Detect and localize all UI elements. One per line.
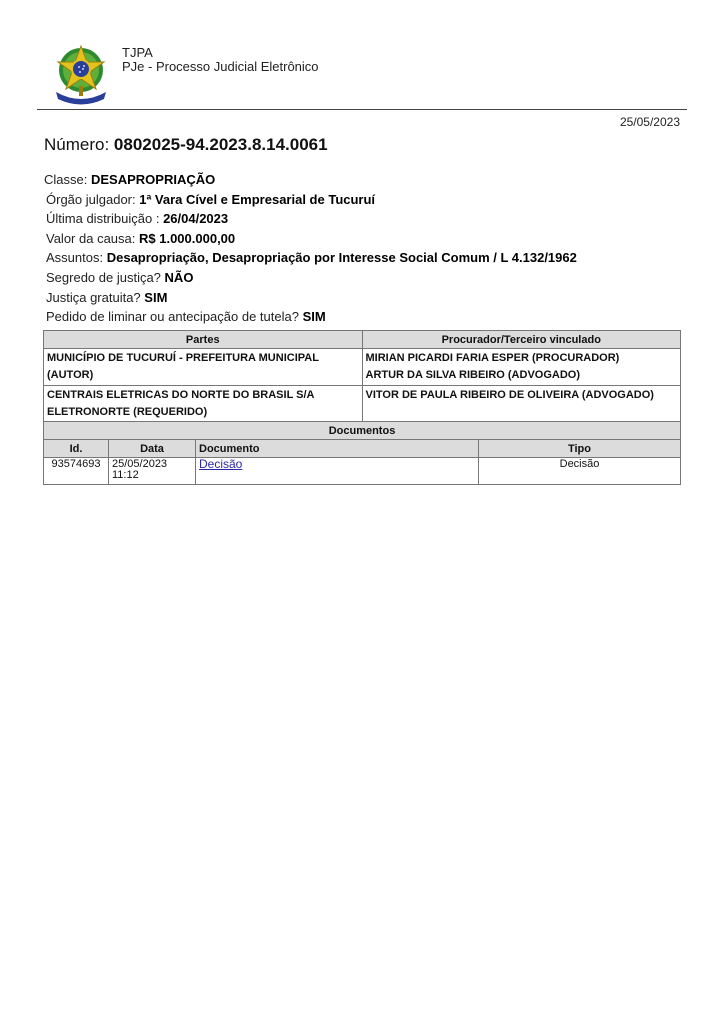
partes-header: Partes [44, 331, 363, 349]
doc-tipo: Decisão [479, 458, 681, 485]
tipo-header: Tipo [479, 440, 681, 458]
field-value: Desapropriação, Desapropriação por Inter… [107, 250, 577, 265]
field-value: SIM [144, 290, 167, 305]
documentos-caption: Documentos [44, 422, 681, 440]
field-value: 1ª Vara Cível e Empresarial de Tucuruí [139, 192, 375, 207]
field-ultima-distribuicao: Última distribuição : 26/04/2023 [44, 209, 577, 229]
procurador-name: VITOR DE PAULA RIBEIRO DE OLIVEIRA (ADVO… [366, 387, 678, 404]
field-value: NÃO [165, 270, 194, 285]
process-number: Número: 0802025-94.2023.8.14.0061 [44, 135, 328, 155]
parte-role: (AUTOR) [47, 367, 359, 384]
procurador-header: Procurador/Terceiro vinculado [362, 331, 681, 349]
field-valor-causa: Valor da causa: R$ 1.000.000,00 [44, 229, 577, 249]
field-label: Órgão julgador: [46, 192, 136, 207]
field-label: Valor da causa: [46, 231, 135, 246]
brazil-coat-of-arms-icon [50, 42, 112, 106]
field-orgao-julgador: Órgão julgador: 1ª Vara Cível e Empresar… [44, 190, 577, 210]
doc-id: 93574693 [44, 458, 109, 485]
partes-header-row: Partes Procurador/Terceiro vinculado [44, 331, 681, 349]
table-row: CENTRAIS ELETRICAS DO NORTE DO BRASIL S/… [44, 386, 681, 423]
parte-name: MUNICÍPIO DE TUCURUÍ - PREFEITURA MUNICI… [47, 350, 359, 367]
process-number-value: 0802025-94.2023.8.14.0061 [114, 135, 328, 154]
field-label: Segredo de justiça? [46, 270, 161, 285]
field-classe: Classe: DESAPROPRIAÇÃO [44, 170, 577, 190]
documentos-header-row: Id. Data Documento Tipo [44, 440, 681, 458]
field-justica-gratuita: Justiça gratuita? SIM [44, 288, 577, 308]
field-label: Classe: [44, 172, 87, 187]
header-divider [37, 109, 687, 110]
document-date: 25/05/2023 [620, 115, 680, 129]
partes-table: Partes Procurador/Terceiro vinculado MUN… [43, 330, 681, 423]
procurador-name: MIRIAN PICARDI FARIA ESPER (PROCURADOR) [366, 350, 678, 367]
documentos-table: Documentos Id. Data Documento Tipo 93574… [43, 421, 681, 485]
procurador-cell: VITOR DE PAULA RIBEIRO DE OLIVEIRA (ADVO… [362, 386, 681, 423]
field-label: Pedido de liminar ou antecipação de tute… [46, 309, 299, 324]
process-number-label: Número: [44, 135, 109, 154]
field-label: Justiça gratuita? [46, 290, 141, 305]
system-name: PJe - Processo Judicial Eletrônico [122, 60, 319, 74]
parte-cell: MUNICÍPIO DE TUCURUÍ - PREFEITURA MUNICI… [44, 349, 363, 386]
org-name: TJPA [122, 46, 319, 60]
table-row: 93574693 25/05/2023 11:12 Decisão Decisã… [44, 458, 681, 485]
field-value: DESAPROPRIAÇÃO [91, 172, 215, 187]
header-text: TJPA PJe - Processo Judicial Eletrônico [122, 46, 319, 74]
field-assuntos: Assuntos: Desapropriação, Desapropriação… [44, 248, 577, 268]
parte-name: CENTRAIS ELETRICAS DO NORTE DO BRASIL S/… [47, 387, 359, 404]
doc-date-time: 11:12 [112, 470, 192, 481]
field-label: Última distribuição : [46, 211, 159, 226]
parte-role: ELETRONORTE (REQUERIDO) [47, 404, 359, 421]
data-header: Data [109, 440, 196, 458]
doc-name-cell: Decisão [196, 458, 479, 485]
field-segredo-justica: Segredo de justiça? NÃO [44, 268, 577, 288]
field-value: SIM [303, 309, 326, 324]
process-fields: Classe: DESAPROPRIAÇÃO Órgão julgador: 1… [44, 170, 577, 327]
procurador-cell: MIRIAN PICARDI FARIA ESPER (PROCURADOR) … [362, 349, 681, 386]
procurador-name: ARTUR DA SILVA RIBEIRO (ADVOGADO) [366, 367, 678, 384]
field-label: Assuntos: [46, 250, 103, 265]
doc-date: 25/05/2023 11:12 [109, 458, 196, 485]
table-row: MUNICÍPIO DE TUCURUÍ - PREFEITURA MUNICI… [44, 349, 681, 386]
field-pedido-liminar: Pedido de liminar ou antecipação de tute… [44, 307, 577, 327]
field-value: R$ 1.000.000,00 [139, 231, 235, 246]
field-value: 26/04/2023 [163, 211, 228, 226]
document-link[interactable]: Decisão [199, 457, 242, 471]
parte-cell: CENTRAIS ELETRICAS DO NORTE DO BRASIL S/… [44, 386, 363, 423]
documento-header: Documento [196, 440, 479, 458]
documentos-caption-row: Documentos [44, 422, 681, 440]
id-header: Id. [44, 440, 109, 458]
